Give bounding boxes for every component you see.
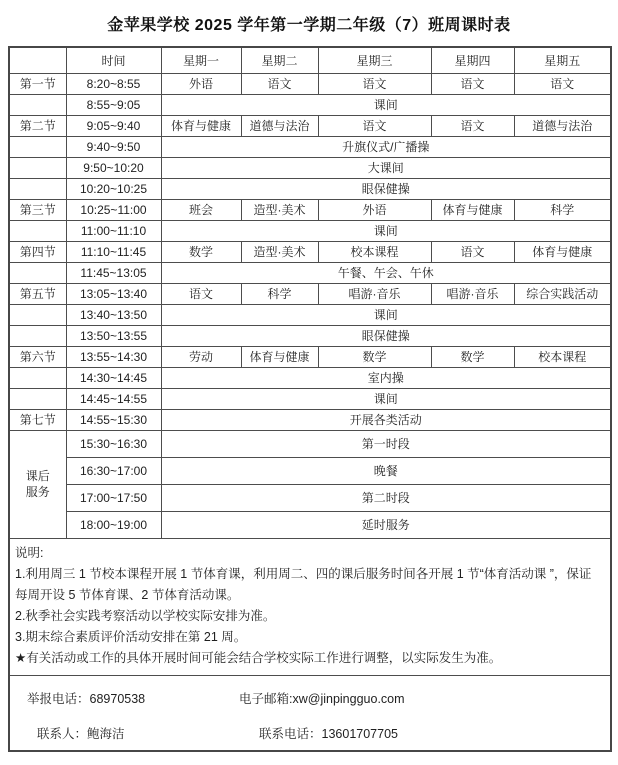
time-cell: 9:05~9:40 (66, 115, 161, 136)
notes-label: 说明: (15, 543, 602, 564)
time-cell: 13:05~13:40 (66, 283, 161, 304)
contact-phone-label: 联系电话： (259, 727, 322, 741)
subject-cell: 语文 (431, 73, 514, 94)
timetable-row: 18:00~19:00延时服务 (9, 511, 611, 538)
contact-person: 联系人：鲍海洁 (10, 725, 259, 743)
period-cell (9, 157, 66, 178)
time-cell: 13:55~14:30 (66, 346, 161, 367)
subject-cell: 班会 (161, 199, 241, 220)
timetable-row: 第六节13:55~14:30劳动体育与健康数学数学校本课程 (9, 346, 611, 367)
subject-cell: 语文 (514, 73, 611, 94)
subject-cell: 语文 (161, 283, 241, 304)
timetable-row: 13:50~13:55眼保健操 (9, 325, 611, 346)
subject-cell: 体育与健康 (431, 199, 514, 220)
subject-cell: 语文 (241, 73, 318, 94)
time-cell: 11:45~13:05 (66, 262, 161, 283)
activity-span-cell: 第一时段 (161, 430, 611, 457)
note-line: 1.利用周三 1 节校本课程开展 1 节体育课，利用周二、四的课后服务时间各开展… (15, 564, 602, 606)
contact-line-2: 联系人：鲍海洁联系电话：13601707705 (10, 725, 610, 743)
period-cell (9, 325, 66, 346)
timetable-row: 第五节13:05~13:40语文科学唱游·音乐唱游·音乐综合实践活动 (9, 283, 611, 304)
subject-cell: 语文 (318, 115, 431, 136)
timetable-row: 第二节9:05~9:40体育与健康道德与法治语文语文道德与法治 (9, 115, 611, 136)
period-cell (9, 304, 66, 325)
time-cell: 17:00~17:50 (66, 484, 161, 511)
activity-span-cell: 延时服务 (161, 511, 611, 538)
period-cell (9, 388, 66, 409)
subject-cell: 科学 (514, 199, 611, 220)
contact-line-1: 举报电话：68970538电子邮箱:xw@jinpingguo.com (10, 690, 610, 708)
time-cell: 11:00~11:10 (66, 220, 161, 241)
subject-cell: 道德与法治 (514, 115, 611, 136)
subject-cell: 语文 (431, 115, 514, 136)
timetable-row: 10:20~10:25眼保健操 (9, 178, 611, 199)
period-cell: 第四节 (9, 241, 66, 262)
time-cell: 14:45~14:55 (66, 388, 161, 409)
subject-cell: 唱游·音乐 (318, 283, 431, 304)
timetable-row: 第七节14:55~15:30开展各类活动 (9, 409, 611, 430)
contact-name-value: 鲍海洁 (87, 727, 125, 741)
corner-cell (9, 47, 66, 73)
period-cell: 第一节 (9, 73, 66, 94)
subject-cell: 外语 (161, 73, 241, 94)
contact-cell: 举报电话：68970538电子邮箱:xw@jinpingguo.com 联系人：… (9, 675, 611, 751)
period-cell (9, 94, 66, 115)
period-cell: 第五节 (9, 283, 66, 304)
contact-name-label: 联系人： (37, 727, 87, 741)
activity-span-cell: 第二时段 (161, 484, 611, 511)
time-cell: 10:25~11:00 (66, 199, 161, 220)
period-cell: 第六节 (9, 346, 66, 367)
activity-span-cell: 升旗仪式/广播操 (161, 136, 611, 157)
email-label: 电子邮箱: (239, 692, 292, 706)
note-line: ★有关活动或工作的具体开展时间可能会结合学校实际工作进行调整，以实际发生为准。 (15, 648, 602, 669)
report-phone: 举报电话：68970538 (10, 690, 239, 708)
subject-cell: 科学 (241, 283, 318, 304)
time-cell: 16:30~17:00 (66, 457, 161, 484)
notes-row: 说明: 1.利用周三 1 节校本课程开展 1 节体育课，利用周二、四的课后服务时… (9, 538, 611, 675)
time-cell: 11:10~11:45 (66, 241, 161, 262)
period-cell (9, 178, 66, 199)
notes-cell: 说明: 1.利用周三 1 节校本课程开展 1 节体育课，利用周二、四的课后服务时… (9, 538, 611, 675)
period-cell: 第三节 (9, 199, 66, 220)
column-header: 星期一 (161, 47, 241, 73)
column-header: 星期四 (431, 47, 514, 73)
note-line: 3.期末综合素质评价活动安排在第 21 周。 (15, 627, 602, 648)
contact-phone-value: 13601707705 (322, 727, 398, 741)
timetable-row: 14:30~14:45室内操 (9, 367, 611, 388)
time-cell: 13:40~13:50 (66, 304, 161, 325)
timetable-row: 13:40~13:50课间 (9, 304, 611, 325)
timetable-row: 11:00~11:10课间 (9, 220, 611, 241)
subject-cell: 综合实践活动 (514, 283, 611, 304)
time-cell: 8:20~8:55 (66, 73, 161, 94)
notes-lines: 1.利用周三 1 节校本课程开展 1 节体育课，利用周二、四的课后服务时间各开展… (15, 564, 602, 669)
timetable-document: 金苹果学校 2025 学年第一学期二年级（7）班周课时表 时间星期一星期二星期三… (0, 0, 618, 765)
column-header: 星期二 (241, 47, 318, 73)
timetable-row: 14:45~14:55课间 (9, 388, 611, 409)
subject-cell: 校本课程 (318, 241, 431, 262)
page-title: 金苹果学校 2025 学年第一学期二年级（7）班周课时表 (0, 0, 618, 35)
subject-cell: 唱游·音乐 (431, 283, 514, 304)
subject-cell: 体育与健康 (241, 346, 318, 367)
column-header: 时间 (66, 47, 161, 73)
subject-cell: 语文 (318, 73, 431, 94)
subject-cell: 道德与法治 (241, 115, 318, 136)
timetable-row: 课后 服务15:30~16:30第一时段 (9, 430, 611, 457)
activity-span-cell: 眼保健操 (161, 325, 611, 346)
activity-span-cell: 课间 (161, 94, 611, 115)
time-cell: 9:50~10:20 (66, 157, 161, 178)
subject-cell: 数学 (161, 241, 241, 262)
contact-phone: 联系电话：13601707705 (259, 725, 398, 743)
subject-cell: 劳动 (161, 346, 241, 367)
period-cell: 第二节 (9, 115, 66, 136)
subject-cell: 数学 (318, 346, 431, 367)
timetable-row: 11:45~13:05午餐、午会、午休 (9, 262, 611, 283)
timetable-row: 第四节11:10~11:45数学造型·美术校本课程语文体育与健康 (9, 241, 611, 262)
timetable: 时间星期一星期二星期三星期四星期五 第一节8:20~8:55外语语文语文语文语文… (8, 46, 612, 752)
subject-cell: 语文 (431, 241, 514, 262)
subject-cell: 体育与健康 (514, 241, 611, 262)
period-cell (9, 262, 66, 283)
time-cell: 9:40~9:50 (66, 136, 161, 157)
subject-cell: 校本课程 (514, 346, 611, 367)
header-row: 时间星期一星期二星期三星期四星期五 (9, 47, 611, 73)
activity-span-cell: 大课间 (161, 157, 611, 178)
period-cell (9, 367, 66, 388)
time-cell: 18:00~19:00 (66, 511, 161, 538)
time-cell: 13:50~13:55 (66, 325, 161, 346)
column-header: 星期五 (514, 47, 611, 73)
timetable-row: 17:00~17:50第二时段 (9, 484, 611, 511)
email: 电子邮箱:xw@jinpingguo.com (239, 690, 405, 708)
activity-span-cell: 开展各类活动 (161, 409, 611, 430)
note-line: 2.秋季社会实践考察活动以学校实际安排为准。 (15, 606, 602, 627)
activity-span-cell: 午餐、午会、午休 (161, 262, 611, 283)
timetable-row: 16:30~17:00晚餐 (9, 457, 611, 484)
activity-span-cell: 课间 (161, 220, 611, 241)
activity-span-cell: 课间 (161, 304, 611, 325)
timetable-row: 8:55~9:05课间 (9, 94, 611, 115)
subject-cell: 造型·美术 (241, 241, 318, 262)
period-cell: 课后 服务 (9, 430, 66, 538)
period-cell (9, 220, 66, 241)
timetable-row: 9:40~9:50升旗仪式/广播操 (9, 136, 611, 157)
email-value: xw@jinpingguo.com (292, 692, 404, 706)
subject-cell: 外语 (318, 199, 431, 220)
report-phone-value: 68970538 (90, 692, 146, 706)
time-cell: 8:55~9:05 (66, 94, 161, 115)
subject-cell: 数学 (431, 346, 514, 367)
subject-cell: 体育与健康 (161, 115, 241, 136)
subject-cell: 造型·美术 (241, 199, 318, 220)
timetable-row: 第三节10:25~11:00班会造型·美术外语体育与健康科学 (9, 199, 611, 220)
time-cell: 15:30~16:30 (66, 430, 161, 457)
time-cell: 14:30~14:45 (66, 367, 161, 388)
report-phone-label: 举报电话： (27, 692, 90, 706)
activity-span-cell: 晚餐 (161, 457, 611, 484)
timetable-row: 第一节8:20~8:55外语语文语文语文语文 (9, 73, 611, 94)
activity-span-cell: 室内操 (161, 367, 611, 388)
time-cell: 14:55~15:30 (66, 409, 161, 430)
column-header: 星期三 (318, 47, 431, 73)
timetable-row: 9:50~10:20大课间 (9, 157, 611, 178)
period-cell: 第七节 (9, 409, 66, 430)
contact-row: 举报电话：68970538电子邮箱:xw@jinpingguo.com 联系人：… (9, 675, 611, 751)
activity-span-cell: 眼保健操 (161, 178, 611, 199)
period-cell (9, 136, 66, 157)
time-cell: 10:20~10:25 (66, 178, 161, 199)
activity-span-cell: 课间 (161, 388, 611, 409)
